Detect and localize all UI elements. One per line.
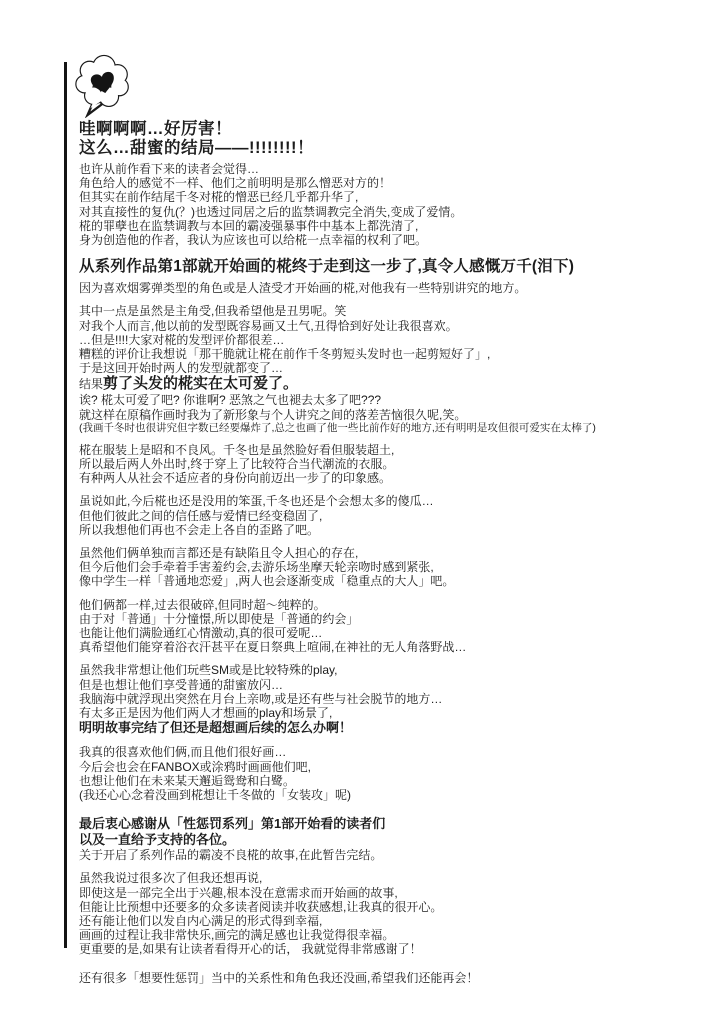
text-line: 因为喜欢烟雾弹类型的角色或是人渣受才开始画的椛,对他我有一些特别讲究的地方。	[79, 281, 669, 295]
text-line: 虽然他们俩单独而言都还是有缺陷且令人担心的存在,	[79, 546, 669, 560]
text-line: 还有能让他们以发自内心满足的形式得到幸福,	[79, 914, 669, 928]
text-line: 虽然我非常想让他们玩些SM或是比较特殊的play,	[79, 663, 669, 677]
text-line: 但今后他们会手牵着手害羞约会,去游乐场坐摩天轮亲吻时感到紧张,	[79, 560, 669, 574]
text-line: 对其直接性的复仇(？)也透过同居之后的监禁调教完全消失,变成了爱情。	[79, 205, 669, 219]
text-line: 所以最后两人外出时,终于穿上了比较符合当代潮流的衣服。	[79, 457, 669, 471]
text-line: 我脑海中就浮现出突然在月台上亲吻,或是还有些与社会脱节的地方…	[79, 692, 669, 706]
text-line: (我还心心念着没画到椛想让千冬做的「女装攻」呢)	[79, 788, 669, 802]
text-line: 画画的过程让我非常快乐,画完的满足感也让我觉得很幸福。	[79, 928, 669, 942]
text-line: 由于对「普通」十分憧憬,所以即使是「普通的约会」	[79, 612, 669, 626]
text-line: 角色给人的感觉不一样、他们之前明明是那么憎恶对方的！	[79, 176, 669, 190]
paragraph: 虽然我说过很多次了但我还想再说, 即使这是一部完全出于兴趣,根本没在意需求而开始…	[79, 871, 669, 956]
intro-line-1: 哇啊啊啊…好厉害！	[79, 120, 669, 139]
text-line-small: (我画千冬时也很讲究但字数已经要爆炸了,总之也画了他一些比前作好的地方,还有明明…	[79, 422, 669, 435]
text-line: 像中学生一样「普通地恋爱」,两人也会逐渐变成「稳重点的大人」吧。	[79, 574, 669, 588]
text-line: 虽说如此,今后椛也还是没用的笨蛋,千冬也还是个会想太多的傻瓜…	[79, 494, 669, 508]
closing-line-wrap: 还有很多「想要性惩罚」当中的关系性和角色我还没画,希望我们还能再会！	[79, 971, 669, 985]
section-headline: 从系列作品第1部就开始画的椛终于走到这一步了,真令人感慨万千(泪下)	[79, 258, 669, 276]
paragraph: 因为喜欢烟雾弹类型的角色或是人渣受才开始画的椛,对他我有一些特别讲究的地方。	[79, 281, 669, 295]
text-line: 但能让比预想中还要多的众多读者阅读并收获感想,让我真的很开心。	[79, 900, 669, 914]
text-line: …但是!!!!大家对椛的发型评价都很差…	[79, 333, 669, 347]
text-line: 今后会也会在FANBOX或涂鸦时画画他们吧,	[79, 760, 669, 774]
paragraph: 我真的很喜欢他们俩,而且他们很好画… 今后会也会在FANBOX或涂鸦时画画他们吧…	[79, 745, 669, 802]
heart-icon	[75, 54, 133, 118]
text-line: 也许从前作看下来的读者会觉得…	[79, 162, 669, 176]
text-line: 身为创造他的作者，我认为应该也可以给椛一点幸福的权利了吧。	[79, 233, 669, 247]
text-line: 其中一点是虽然是主角受,但我希望他是丑男呢。笑	[79, 304, 669, 318]
paragraph: 虽然他们俩单独而言都还是有缺陷且令人担心的存在, 但今后他们会手牵着手害羞约会,…	[79, 546, 669, 589]
text-line: 于是这回开始时两人的发型就都变了…	[79, 361, 669, 375]
emphasis-line: 明明故事完结了但还是超想画后续的怎么办啊！	[79, 720, 669, 736]
text-line: 但他们彼此之间的信任感与爱情已经变稳固了,	[79, 509, 669, 523]
text-line: 诶? 椛太可爱了吧? 你谁啊? 恶煞之气也褪去太多了吧???	[79, 393, 669, 407]
text-line: 椛在服装上是昭和不良风。千冬也是虽然脸好看但服装超土,	[79, 443, 669, 457]
text-line: 有太多正是因为他们两人才想画的play和场景了,	[79, 706, 669, 720]
intro-line-2: 这么…甜蜜的结局——!!!!!!!!！	[79, 139, 669, 158]
paragraph: 虽说如此,今后椛也还是没用的笨蛋,千冬也还是个会想太多的傻瓜… 但他们彼此之间的…	[79, 494, 669, 537]
text-line: 关于开启了系列作品的霸凌不良椛的故事,在此暂告完结。	[79, 848, 669, 862]
afterword-content: 哇啊啊啊…好厉害！ 这么…甜蜜的结局——!!!!!!!!！ 也许从前作看下来的读…	[79, 54, 669, 994]
text-line: 有种两人从社会不适应者的身份向前迈出一步了的印象感。	[79, 471, 669, 485]
text-line: 我真的很喜欢他们俩,而且他们很好画…	[79, 745, 669, 759]
paragraph: 其中一点是虽然是主角受,但我希望他是丑男呢。笑 对我个人而言,他以前的发型既容易…	[79, 304, 669, 434]
thanks-bold-line: 以及一直给予支持的各位。	[79, 832, 669, 848]
left-vertical-rule	[64, 62, 67, 948]
text-line: 也想让他们在未来某天邂逅鸳鸯和白鹭。	[79, 774, 669, 788]
heart-thought-bubble	[75, 54, 133, 118]
result-bold-text: 剪了头发的椛实在太可爱了。	[103, 375, 298, 392]
text-line: 就这样在原稿作画时我为了新形象与个人讲究之间的落差苦恼很久呢,笑。	[79, 408, 669, 422]
afterword-page: 哇啊啊啊…好厉害！ 这么…甜蜜的结局——!!!!!!!!！ 也许从前作看下来的读…	[0, 0, 720, 1016]
text-line: 虽然我说过很多次了但我还想再说,	[79, 871, 669, 885]
text-line: 糟糕的评价让我想说「那干脆就让椛在前作千冬剪短头发时也一起剪短好了」,	[79, 347, 669, 361]
result-prefix: 结果	[79, 377, 103, 391]
result-line: 结果剪了头发的椛实在太可爱了。	[79, 375, 669, 393]
closing-line: 还有很多「想要性惩罚」当中的关系性和角色我还没画,希望我们还能再会！	[79, 971, 669, 985]
text-line: 但是也想让他们享受普通的甜蜜放闪…	[79, 678, 669, 692]
text-line: 但其实在前作结尾千冬对椛的憎恶已经几乎都升华了,	[79, 190, 669, 204]
thanks-bold-line: 最后衷心感谢从「性惩罚系列」第1部开始看的读者们	[79, 816, 669, 832]
text-line: 即使这是一部完全出于兴趣,根本没在意需求而开始画的故事,	[79, 886, 669, 900]
text-line: 椛的罪孽也在监禁调教与本回的霸凌强暴事件中基本上都洗清了,	[79, 219, 669, 233]
text-line: 也能让他们满脸通红心情激动,真的很可爱呢…	[79, 626, 669, 640]
thanks-block: 最后衷心感谢从「性惩罚系列」第1部开始看的读者们 以及一直给予支持的各位。 关于…	[79, 816, 669, 862]
text-line: 更重要的是,如果有让读者看得开心的话， 我就觉得非常感谢了！	[79, 942, 669, 956]
paragraph: 他们俩都一样,过去很破碎,但同时超〜纯粹的。 由于对「普通」十分憧憬,所以即使是…	[79, 598, 669, 655]
text-line: 所以我想他们再也不会走上各自的歪路了吧。	[79, 523, 669, 537]
text-line: 他们俩都一样,过去很破碎,但同时超〜纯粹的。	[79, 598, 669, 612]
paragraph: 椛在服装上是昭和不良风。千冬也是虽然脸好看但服装超土, 所以最后两人外出时,终于…	[79, 443, 669, 486]
paragraph: 也许从前作看下来的读者会觉得… 角色给人的感觉不一样、他们之前明明是那么憎恶对方…	[79, 162, 669, 247]
text-line: 对我个人而言,他以前的发型既容易画又土气,丑得恰到好处让我很喜欢。	[79, 319, 669, 333]
text-line: 真希望他们能穿着浴衣汗甚平在夏日祭典上喧闹,在神社的无人角落野战…	[79, 640, 669, 654]
paragraph: 虽然我非常想让他们玩些SM或是比较特殊的play, 但是也想让他们享受普通的甜蜜…	[79, 663, 669, 736]
